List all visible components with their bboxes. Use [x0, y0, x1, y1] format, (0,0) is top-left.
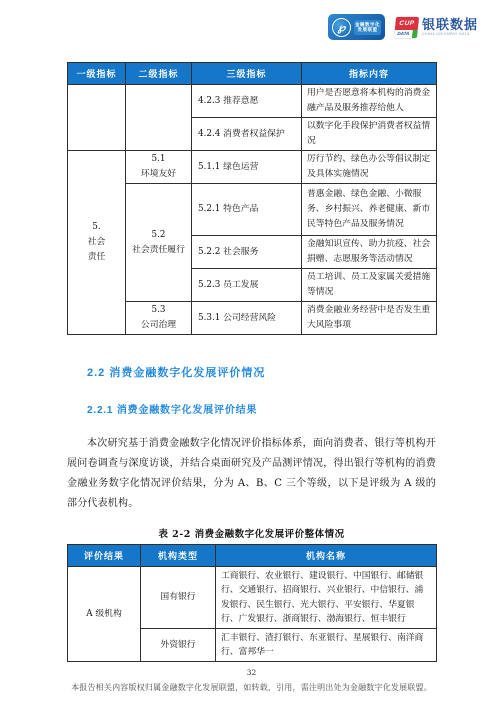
level1-line: 5.: [70, 220, 123, 235]
content-cell: 员工培训、员工及家属关爱措施等情况: [302, 269, 437, 302]
level2-line: 5.3: [128, 303, 189, 318]
indicator-table-header-row: 一级指标 二级指标 三级指标 指标内容: [68, 63, 437, 85]
alliance-logo-line2: 发展联盟: [355, 27, 380, 33]
col-header-level1: 一级指标: [68, 63, 126, 85]
level2-line: 公司治理: [128, 318, 189, 333]
col-header-result: 评价结果: [68, 545, 141, 567]
institution-type-cell: 外资银行: [141, 629, 216, 662]
table-row: 5. 社会 责任 5.1 环境友好 5.1.1 绿色运营 厉行节约、绿色办公等倡…: [68, 151, 437, 184]
cup-badge-icon: CUP DATA: [394, 17, 419, 38]
cup-badge-data-label: DATA: [394, 30, 413, 38]
page-content: 一级指标 二级指标 三级指标 指标内容 4.2.3 推荐意愿 用户是否愿意将本机…: [0, 62, 500, 693]
level3-cell: 5.1.1 绿色运营: [192, 151, 302, 184]
empty-level1-cell: [68, 85, 126, 151]
level3-cell: 4.2.3 推荐意愿: [192, 85, 302, 118]
level3-cell: 5.2.3 员工发展: [192, 269, 302, 302]
result-cell: A 级机构: [68, 567, 141, 662]
content-cell: 金融知识宣传、助力抗疫、社会捐赠、志愿服务等活动情况: [302, 236, 437, 269]
institution-names-cell: 汇丰银行、渣打银行、东亚银行、星展银行、南洋商行、富邦华一: [216, 629, 437, 662]
content-cell: 用户是否愿意将本机构的消费金融产品及服务推荐给他人: [302, 85, 437, 118]
page-number: 32: [67, 668, 436, 677]
col-header-institution-type: 机构类型: [141, 545, 216, 567]
indicator-table: 一级指标 二级指标 三级指标 指标内容 4.2.3 推荐意愿 用户是否愿意将本机…: [67, 62, 437, 335]
level2-line: 社会责任履行: [128, 243, 189, 258]
alliance-logo: ℘ 金融数字化 发展联盟: [328, 14, 385, 40]
level1-cell-social-responsibility: 5. 社会 责任: [68, 151, 126, 335]
copyright-notice: 本报告相关内容版权归属金融数字化发展联盟，如转载、引用，需注明出处为金融数字化发…: [67, 682, 436, 693]
empty-level2-cell: [126, 85, 192, 151]
level2-cell-governance: 5.3 公司治理: [126, 302, 192, 335]
institution-type-cell: 国有银行: [141, 567, 216, 629]
level3-cell: 5.2.2 社会服务: [192, 236, 302, 269]
cup-badge-bottom: DATA: [394, 30, 418, 38]
unionpay-data-logo: CUP DATA 银联数据 CHINA UNIONPAY DATA: [395, 17, 478, 38]
table-row: 4.2.3 推荐意愿 用户是否愿意将本机构的消费金融产品及服务推荐给他人: [68, 85, 437, 118]
level2-cell-environment: 5.1 环境友好: [126, 151, 192, 184]
level1-line: 责任: [70, 250, 123, 265]
cup-logo-name: 银联数据: [422, 18, 478, 31]
level3-cell: 5.3.1 公司经营风险: [192, 302, 302, 335]
alliance-logo-text: 金融数字化 发展联盟: [354, 20, 381, 35]
section-heading-2-2-1: 2.2.1 消费金融数字化发展评价结果: [87, 405, 436, 417]
content-cell: 厉行节约、绿色办公等倡议制定及具体实施情况: [302, 151, 437, 184]
alliance-logo-mark-icon: ℘: [332, 18, 351, 37]
level2-cell-csr: 5.2 社会责任履行: [126, 184, 192, 302]
evaluation-table: 评价结果 机构类型 机构名称 A 级机构 国有银行 工商银行、农业银行、建设银行…: [67, 544, 437, 662]
cup-badge-green-accent: [412, 30, 418, 38]
content-cell: 普惠金融、绿色金融、小微服务、乡村振兴、养老健康、新市民等特色产品及服务情况: [302, 184, 437, 236]
level3-cell: 4.2.4 消费者权益保护: [192, 118, 302, 151]
level2-line: 5.1: [128, 152, 189, 167]
cup-logo-text: 银联数据 CHINA UNIONPAY DATA: [422, 18, 478, 37]
level2-line: 5.2: [128, 228, 189, 243]
col-header-institution-names: 机构名称: [216, 545, 437, 567]
level3-cell: 5.2.1 特色产品: [192, 184, 302, 236]
level2-line: 环境友好: [128, 167, 189, 182]
institution-names-cell: 工商银行、农业银行、建设银行、中国银行、邮储银行、交通银行、招商银行、兴业银行、…: [216, 567, 437, 629]
cup-logo-subtitle: CHINA UNIONPAY DATA: [422, 32, 478, 37]
col-header-level2: 二级指标: [126, 63, 192, 85]
table-row: A 级机构 国有银行 工商银行、农业银行、建设银行、中国银行、邮储银行、交通银行…: [68, 567, 437, 629]
col-header-content: 指标内容: [302, 63, 437, 85]
body-paragraph: 本次研究基于消费金融数字化情况评价指标体系，面向消费者、银行等机构开展问卷调查与…: [67, 434, 436, 514]
content-cell: 消费金融业务经营中是否发生重大风险事项: [302, 302, 437, 335]
level1-line: 社会: [70, 235, 123, 250]
section-heading-2-2: 2.2 消费金融数字化发展评价情况: [87, 367, 436, 380]
report-page: ℘ 金融数字化 发展联盟 CUP DATA 银联数据 CHINA UNIONPA…: [0, 0, 500, 707]
header-logos: ℘ 金融数字化 发展联盟 CUP DATA 银联数据 CHINA UNIONPA…: [328, 14, 478, 40]
content-cell: 以数字化手段保护消费者权益情况: [302, 118, 437, 151]
cup-badge-top-label: CUP: [395, 17, 419, 30]
col-header-level3: 三级指标: [192, 63, 302, 85]
table-2-2-caption: 表 2-2 消费金融数字化发展评价整体情况: [67, 526, 436, 540]
evaluation-table-header-row: 评价结果 机构类型 机构名称: [68, 545, 437, 567]
